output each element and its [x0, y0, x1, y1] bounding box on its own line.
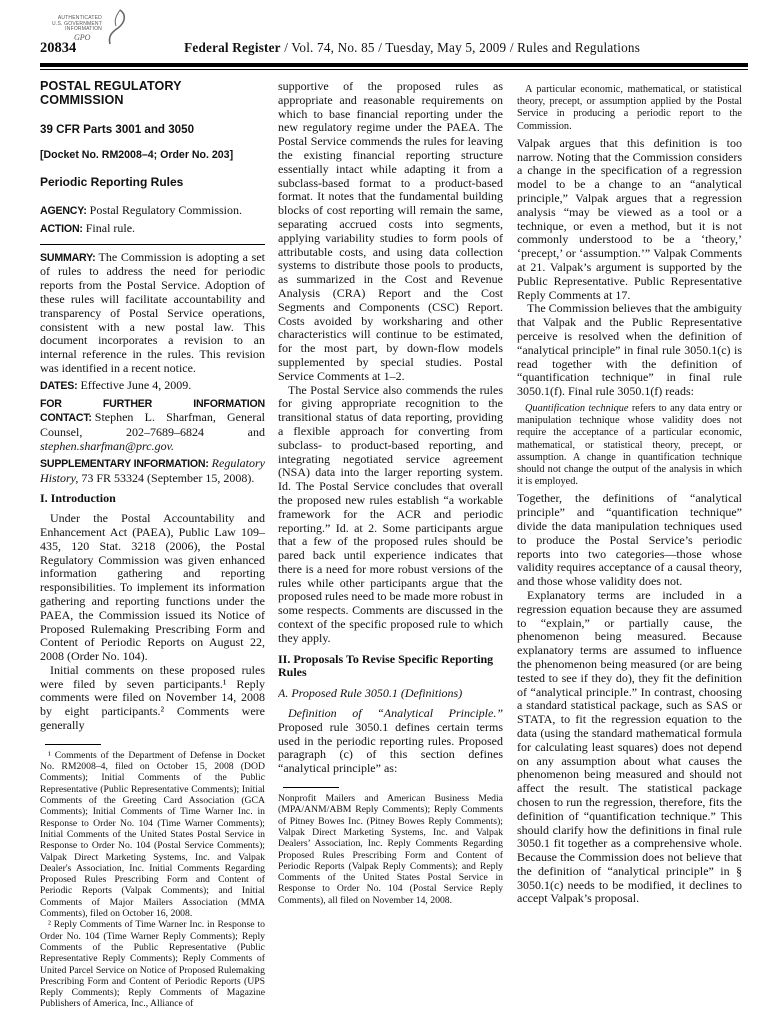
contact-paragraph: FOR FURTHER INFORMATION CONTACT:Stephen … — [40, 397, 265, 454]
column-2: supportive of the proposed rules as appr… — [278, 80, 503, 1018]
masthead-title-publication: Federal Register — [184, 40, 281, 55]
definition-paragraph: Definition of “Analytical Principle.” Pr… — [278, 707, 503, 776]
dates-paragraph: DATES:Effective June 4, 2009. — [40, 379, 265, 394]
explanatory-terms-paragraph: Explanatory terms are included in a regr… — [517, 589, 742, 906]
masthead-rule-thick — [40, 63, 748, 67]
gpo-logo-line3: INFORMATION — [44, 27, 102, 33]
footnote-rule — [45, 744, 101, 745]
docket-number: [Docket No. RM2008–4; Order No. 203] — [40, 149, 265, 163]
footnote-2-continuation-block: Nonprofit Mailers and American Business … — [278, 793, 503, 906]
footnote-1: ¹ Comments of the Department of Defense … — [40, 750, 265, 919]
quantification-technique-term: Quantification technique — [525, 403, 628, 414]
footnote-2-continuation: Nonprofit Mailers and American Business … — [278, 793, 503, 906]
summary-text: The Commission is adopting a set of rule… — [40, 250, 265, 375]
cfr-parts-heading: 39 CFR Parts 3001 and 3050 — [40, 123, 265, 137]
footnotes: ¹ Comments of the Department of Defense … — [40, 750, 265, 1010]
federal-register-page: AUTHENTICATED U.S. GOVERNMENT INFORMATIO… — [0, 0, 770, 1024]
intro-paragraph-2: Initial comments on these proposed rules… — [40, 664, 265, 733]
agency-heading: POSTAL REGULATORY COMMISSION — [40, 80, 265, 108]
document-subject: Periodic Reporting Rules — [40, 176, 265, 190]
footnote-2: ² Reply Comments of Time Warner Inc. in … — [40, 919, 265, 1009]
dates-label: DATES: — [40, 380, 80, 392]
column-1: POSTAL REGULATORY COMMISSION 39 CFR Part… — [40, 80, 265, 1018]
commission-response-paragraph: The Commission believes that the ambigui… — [517, 302, 742, 399]
action-label: ACTION: — [40, 223, 86, 235]
action-value: Final rule. — [86, 221, 135, 235]
blockquote-analytical-principle: A particular economic, mathematical, or … — [517, 84, 742, 133]
masthead-rule-thin — [40, 69, 748, 70]
body-paragraph-continuation: supportive of the proposed rules as appr… — [278, 80, 503, 384]
footnote-rule — [283, 787, 339, 788]
masthead: 20834 Federal Register / Vol. 74, No. 85… — [40, 40, 748, 58]
page-number: 20834 — [40, 40, 76, 57]
intro-paragraph-1: Under the Postal Accountability and Enha… — [40, 512, 265, 664]
heading-proposals: II. Proposals To Revise Specific Reporti… — [278, 653, 503, 681]
column-3: A particular economic, mathematical, or … — [517, 80, 742, 1018]
supplementary-information-text: 73 FR 53324 (September 15, 2008). — [81, 471, 254, 485]
contact-email: stephen.sharfman@prc.gov. — [40, 439, 174, 453]
summary-label: SUMMARY: — [40, 252, 98, 264]
heading-rule-3050-1: A. Proposed Rule 3050.1 (Definitions) — [278, 687, 503, 701]
agency-label: AGENCY: — [40, 205, 90, 217]
agency-line: AGENCY:Postal Regulatory Commission. — [40, 204, 265, 219]
valpak-argument-paragraph: Valpak argues that this definition is to… — [517, 137, 742, 303]
summary-paragraph: SUMMARY:The Commission is adopting a set… — [40, 251, 265, 376]
blockquote-quantification-technique: Quantification technique refers to any d… — [517, 403, 742, 488]
definition-lead-in: Definition of “Analytical Principle.” — [288, 706, 503, 720]
agency-value: Postal Regulatory Commission. — [90, 203, 242, 217]
section-divider-rule — [40, 244, 265, 245]
masthead-title-issue: / Vol. 74, No. 85 / Tuesday, May 5, 2009… — [284, 40, 640, 55]
supplementary-information-paragraph: SUPPLEMENTARY INFORMATION:Regulatory His… — [40, 457, 265, 486]
definition-text: Proposed rule 3050.1 defines certain ter… — [278, 720, 503, 775]
supplementary-information-label: SUPPLEMENTARY INFORMATION: — [40, 458, 212, 470]
quantification-technique-text: refers to any data entry or manipulation… — [517, 403, 742, 487]
masthead-title: Federal Register / Vol. 74, No. 85 / Tue… — [76, 40, 748, 56]
body-paragraph-2: The Postal Service also commends the rul… — [278, 384, 503, 646]
definitions-together-paragraph: Together, the definitions of “analytical… — [517, 492, 742, 589]
heading-introduction: I. Introduction — [40, 492, 265, 506]
dates-text: Effective June 4, 2009. — [80, 378, 191, 392]
action-line: ACTION:Final rule. — [40, 222, 265, 237]
gpo-logo-text: AUTHENTICATED U.S. GOVERNMENT INFORMATIO… — [44, 16, 102, 33]
